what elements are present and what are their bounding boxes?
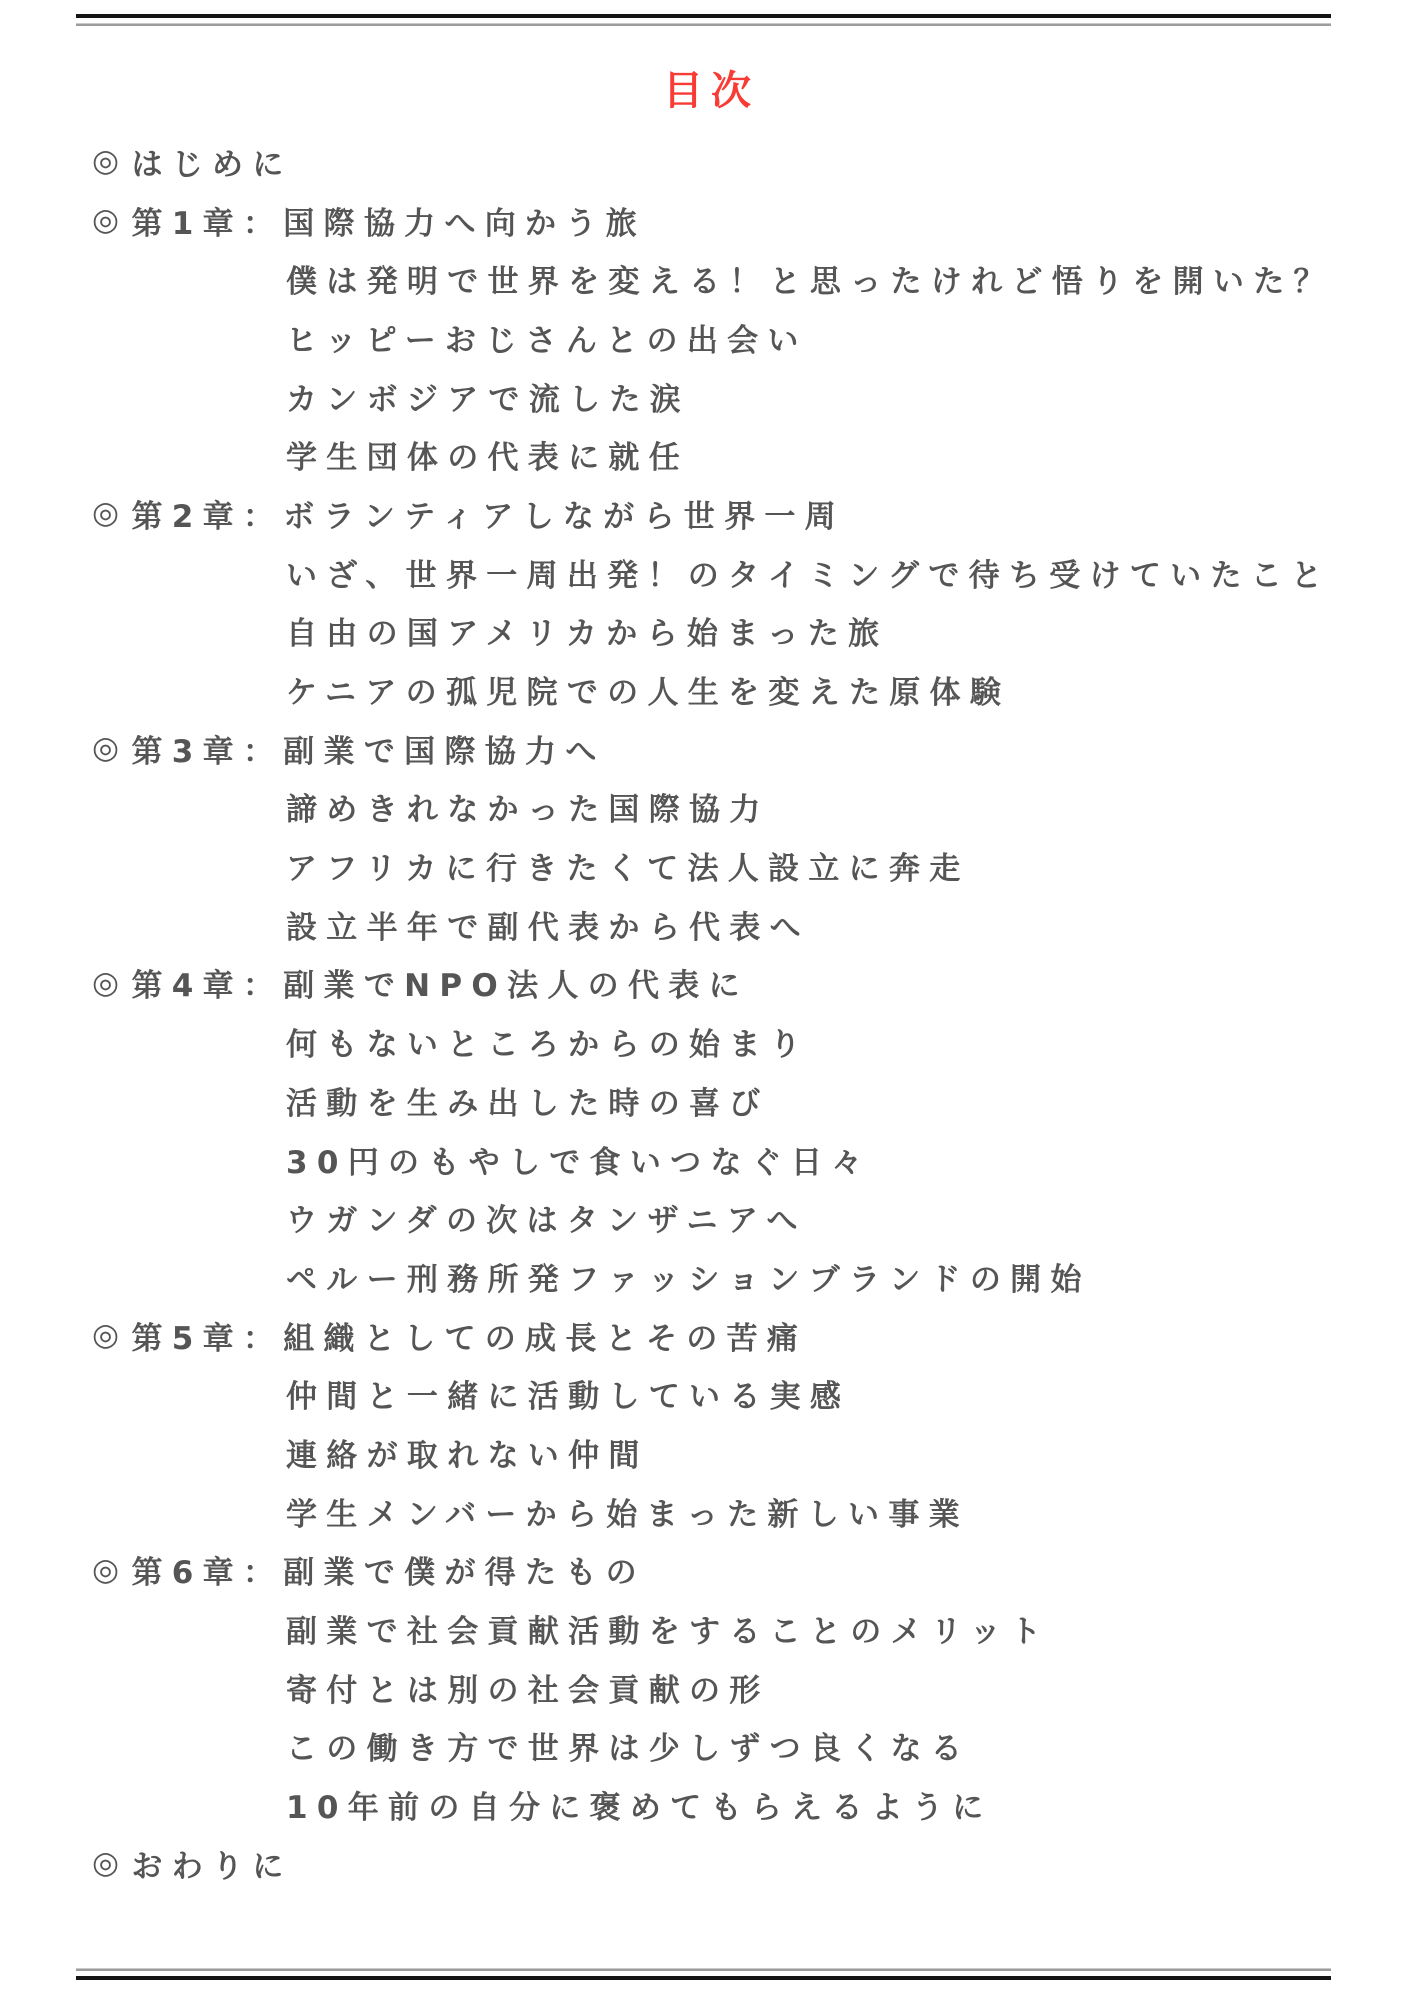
toc-chapter-title: 副業で僕が得たもの <box>283 1547 646 1592</box>
double-circle-bullet-icon: ◎ <box>92 143 128 179</box>
toc-subitem-row: 設立半年で副代表から代表へ <box>0 895 1414 954</box>
toc-entry-label: 第1章 <box>131 198 242 243</box>
toc-entry-label: 第3章 <box>131 726 242 771</box>
toc-chapter-row: ◎第2章：ボランティアしながら世界一周 <box>0 484 1414 543</box>
double-circle-bullet-icon: ◎ <box>92 1552 128 1588</box>
double-circle-bullet-icon: ◎ <box>92 1317 128 1353</box>
toc-chapter-title: 副業でNPO法人の代表に <box>283 960 749 1005</box>
toc-subitem-text: 30円のもやしで食いつなぐ日々 <box>286 1137 872 1182</box>
toc-subitem-text: 設立半年で副代表から代表へ <box>286 902 810 947</box>
toc-subitem-text: 10年前の自分に褒めてもらえるように <box>286 1782 993 1827</box>
label-title-separator: ： <box>243 960 283 1005</box>
bottom-rule-thick <box>76 1976 1331 1980</box>
label-title-separator: ： <box>243 491 283 536</box>
toc-chapter-row: ◎第1章：国際協力へ向かう旅 <box>0 191 1414 250</box>
toc-chapter-row: ◎第4章：副業でNPO法人の代表に <box>0 954 1414 1013</box>
toc-subitem-text: 学生団体の代表に就任 <box>286 432 689 477</box>
toc-subitem-row: カンボジアで流した涙 <box>0 367 1414 426</box>
toc-chapter-row: ◎第5章：組織としての成長とその苦痛 <box>0 1306 1414 1365</box>
toc-subitem-row: この働き方で世界は少しずつ良くなる <box>0 1717 1414 1776</box>
toc-subitem-text: いざ、世界一周出発！のタイミングで待ち受けていたこと <box>286 550 1331 595</box>
label-title-separator: ： <box>243 198 283 243</box>
toc-subitem-text: 僕は発明で世界を変える！と思ったけれど悟りを開いた？ <box>286 256 1334 301</box>
toc-subitem-text: ウガンダの次はタンザニアへ <box>286 1195 807 1240</box>
bottom-rule-thin <box>76 1968 1331 1971</box>
toc-subitem-row: 10年前の自分に褒めてもらえるように <box>0 1775 1414 1834</box>
toc-subitem-text: カンボジアで流した涙 <box>286 374 690 419</box>
toc-subitem-row: ケニアの孤児院での人生を変えた原体験 <box>0 660 1414 719</box>
toc-subitem-row: 副業で社会貢献活動をすることのメリット <box>0 1599 1414 1658</box>
toc-chapter-title: 組織としての成長とその苦痛 <box>283 1313 807 1358</box>
toc-subitem-text: ヒッピーおじさんとの出会い <box>286 315 808 360</box>
toc-subitem-text: 学生メンバーから始まった新しい事業 <box>286 1489 969 1534</box>
toc-subitem-text: ペルー刑務所発ファッションブランドの開始 <box>286 1254 1091 1299</box>
label-title-separator: ： <box>243 726 283 771</box>
toc-subitem-row: 自由の国アメリカから始まった旅 <box>0 602 1414 661</box>
toc-entry-label: 第4章 <box>131 960 242 1005</box>
toc-list: ◎はじめに◎第1章：国際協力へ向かう旅僕は発明で世界を変える！と思ったけれど悟り… <box>0 132 1414 1893</box>
toc-chapter-row: ◎第6章：副業で僕が得たもの <box>0 1541 1414 1600</box>
toc-chapter-row: ◎第3章：副業で国際協力へ <box>0 719 1414 778</box>
toc-entry-label: はじめに <box>131 139 292 184</box>
toc-subitem-text: 仲間と一緒に活動している実感 <box>286 1371 850 1416</box>
toc-subitem-text: 連絡が取れない仲間 <box>286 1430 649 1475</box>
toc-subitem-row: 活動を生み出した時の喜び <box>0 1071 1414 1130</box>
toc-chapter-title: ボランティアしながら世界一周 <box>283 491 845 536</box>
toc-subitem-row: 仲間と一緒に活動している実感 <box>0 1364 1414 1423</box>
label-title-separator: ： <box>243 1547 283 1592</box>
toc-subitem-row: 30円のもやしで食いつなぐ日々 <box>0 1130 1414 1189</box>
toc-subitem-row: 連絡が取れない仲間 <box>0 1423 1414 1482</box>
double-circle-bullet-icon: ◎ <box>92 202 128 238</box>
toc-section-row: ◎はじめに <box>0 132 1414 191</box>
top-rule-thin <box>76 23 1331 26</box>
double-circle-bullet-icon: ◎ <box>92 730 128 766</box>
page-title: 目次 <box>0 71 1414 111</box>
toc-subitem-row: アフリカに行きたくて法人設立に奔走 <box>0 836 1414 895</box>
top-rule-thick <box>76 14 1331 18</box>
toc-subitem-row: ペルー刑務所発ファッションブランドの開始 <box>0 1247 1414 1306</box>
toc-subitem-row: ヒッピーおじさんとの出会い <box>0 308 1414 367</box>
toc-section-row: ◎おわりに <box>0 1834 1414 1893</box>
toc-chapter-title: 国際協力へ向かう旅 <box>283 198 646 243</box>
toc-page: 目次 ◎はじめに◎第1章：国際協力へ向かう旅僕は発明で世界を変える！と思ったけれ… <box>0 0 1414 2000</box>
double-circle-bullet-icon: ◎ <box>92 495 128 531</box>
toc-subitem-text: 活動を生み出した時の喜び <box>286 1078 770 1123</box>
toc-subitem-row: ウガンダの次はタンザニアへ <box>0 1188 1414 1247</box>
toc-subitem-text: 寄付とは別の社会貢献の形 <box>286 1665 770 1710</box>
toc-subitem-row: 何もないところからの始まり <box>0 1012 1414 1071</box>
toc-entry-label: 第2章 <box>131 491 242 536</box>
toc-subitem-text: ケニアの孤児院での人生を変えた原体験 <box>286 667 1010 712</box>
toc-chapter-title: 副業で国際協力へ <box>283 726 605 771</box>
toc-subitem-text: 何もないところからの始まり <box>286 1019 810 1064</box>
toc-subitem-text: 諦めきれなかった国際協力 <box>286 784 770 829</box>
toc-subitem-text: 自由の国アメリカから始まった旅 <box>286 608 888 653</box>
toc-entry-label: 第6章 <box>131 1547 242 1592</box>
double-circle-bullet-icon: ◎ <box>92 965 128 1001</box>
toc-subitem-text: この働き方で世界は少しずつ良くなる <box>286 1723 971 1768</box>
toc-subitem-row: 寄付とは別の社会貢献の形 <box>0 1658 1414 1717</box>
double-circle-bullet-icon: ◎ <box>92 1845 128 1881</box>
toc-subitem-row: 僕は発明で世界を変える！と思ったけれど悟りを開いた？ <box>0 249 1414 308</box>
toc-subitem-text: 副業で社会貢献活動をすることのメリット <box>286 1606 1050 1651</box>
toc-subitem-row: 諦めきれなかった国際協力 <box>0 778 1414 837</box>
toc-subitem-row: 学生団体の代表に就任 <box>0 425 1414 484</box>
label-title-separator: ： <box>243 1313 283 1358</box>
toc-subitem-row: 学生メンバーから始まった新しい事業 <box>0 1482 1414 1541</box>
toc-entry-label: 第5章 <box>131 1313 242 1358</box>
toc-subitem-text: アフリカに行きたくて法人設立に奔走 <box>286 843 970 888</box>
toc-subitem-row: いざ、世界一周出発！のタイミングで待ち受けていたこと <box>0 543 1414 602</box>
toc-entry-label: おわりに <box>131 1841 292 1886</box>
